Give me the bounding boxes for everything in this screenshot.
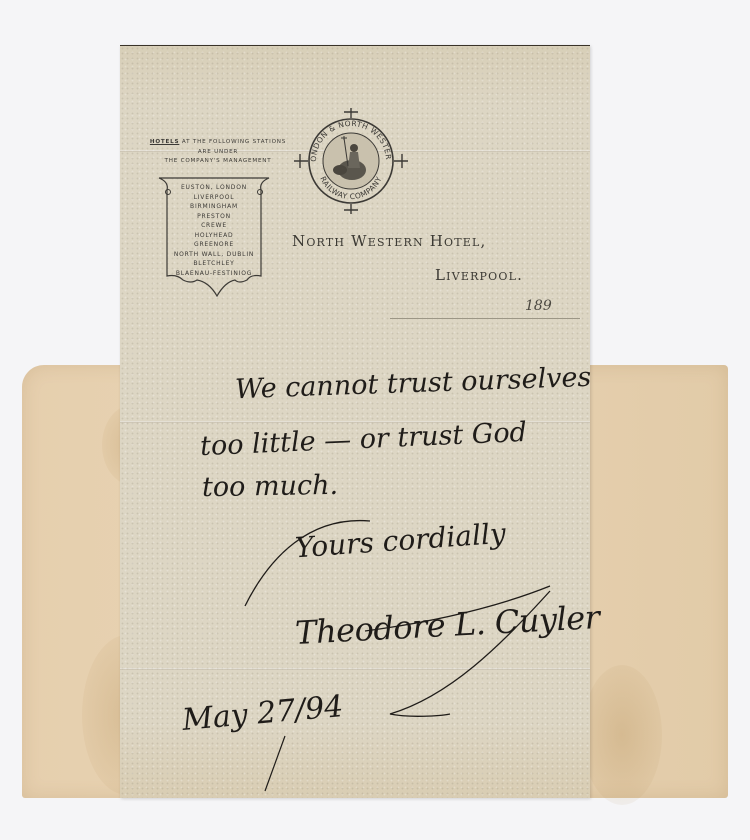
hotel-name: North Western Hotel, <box>292 232 487 250</box>
hotels-heading-underlined: HOTELS <box>150 139 179 145</box>
date-prefix: 189 <box>525 298 552 314</box>
station-item: LIVERPOOL <box>163 193 265 203</box>
station-item: PRESTON <box>163 212 265 222</box>
fold-line <box>120 668 590 670</box>
station-item: CREWE <box>163 221 265 231</box>
signature: Theodore L. Cuyler <box>294 598 600 652</box>
station-item: NORTH WALL, DUBLIN <box>163 250 265 260</box>
hotels-heading-line3: THE COMPANY'S MANAGEMENT <box>138 157 298 167</box>
hotels-heading-line2: ARE UNDER <box>138 148 298 158</box>
closing: Yours cordially <box>294 517 507 565</box>
handwritten-date: May 27/94 <box>181 689 345 738</box>
station-item: HOLYHEAD <box>163 231 265 241</box>
hotels-heading-rest: AT THE FOLLOWING STATIONS <box>182 139 286 145</box>
date-line <box>390 318 580 319</box>
letter-line: too much. <box>202 470 339 503</box>
letter-sheet: HOTELS AT THE FOLLOWING STATIONS ARE UND… <box>120 45 590 798</box>
letter-line: We cannot trust ourselves <box>235 362 592 405</box>
stations-list: EUSTON, LONDON LIVERPOOL BIRMINGHAM PRES… <box>163 183 265 278</box>
hotel-city: Liverpool. <box>435 266 523 284</box>
station-item: BLETCHLEY <box>163 259 265 269</box>
stain <box>582 665 662 805</box>
station-item: GREENORE <box>163 240 265 250</box>
hotels-heading: HOTELS AT THE FOLLOWING STATIONS ARE UND… <box>138 138 298 167</box>
letter-line: too little — or trust God <box>199 417 527 462</box>
station-item: BIRMINGHAM <box>163 202 265 212</box>
station-item: EUSTON, LONDON <box>163 183 265 193</box>
britannia-seal-icon: LONDON & NORTH WESTERN RAILWAY COMPANY <box>292 108 410 214</box>
station-item: BLAENAU-FESTINIOG <box>163 269 265 279</box>
stations-shield: EUSTON, LONDON LIVERPOOL BIRMINGHAM PRES… <box>155 176 273 296</box>
railway-company-seal: LONDON & NORTH WESTERN RAILWAY COMPANY <box>292 108 410 214</box>
